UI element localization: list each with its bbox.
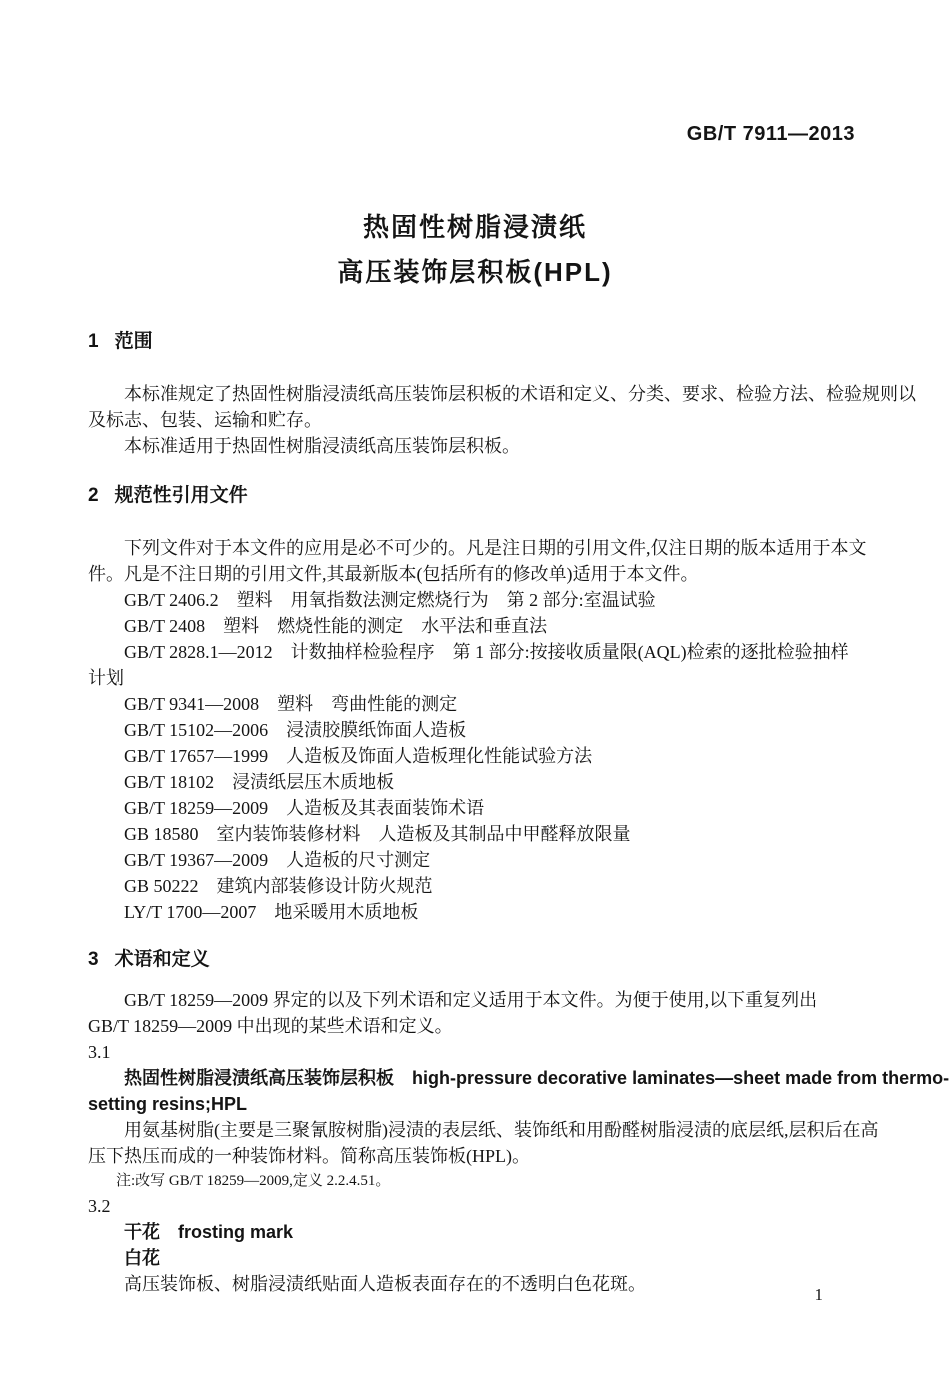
page-number: 1 bbox=[815, 1284, 824, 1306]
section1-title: 范围 bbox=[115, 331, 153, 352]
section2-heading: 2规范性引用文件 bbox=[88, 483, 868, 509]
section1-number: 1 bbox=[88, 331, 99, 352]
section2-body: 下列文件对于本文件的应用是必不可少的。凡是注日期的引用文件,仅注日期的版本适用于… bbox=[88, 535, 868, 925]
term-3-1-name-line1: 热固性树脂浸渍纸高压装饰层积板 high-pressure decorative… bbox=[88, 1065, 868, 1091]
term-3-1-number: 3.1 bbox=[88, 1039, 868, 1065]
reference-item: GB/T 19367—2009 人造板的尺寸测定 bbox=[88, 847, 868, 873]
section3-body: GB/T 18259—2009 界定的以及下列术语和定义适用于本文件。为便于使用… bbox=[88, 987, 868, 1297]
reference-item: GB/T 2406.2 塑料 用氧指数法测定燃烧行为 第 2 部分:室温试验 bbox=[88, 587, 868, 613]
term-3-1-definition-line1: 用氨基树脂(主要是三聚氰胺树脂)浸渍的表层纸、装饰纸和用酚醛树脂浸渍的底层纸,层… bbox=[88, 1117, 868, 1143]
term-3-2-number: 3.2 bbox=[88, 1193, 868, 1219]
section3-number: 3 bbox=[88, 949, 99, 970]
reference-item: LY/T 1700—2007 地采暖用木质地板 bbox=[88, 899, 868, 925]
term-3-1-definition-line2: 压下热压而成的一种装饰材料。简称高压装饰板(HPL)。 bbox=[88, 1143, 868, 1169]
terms-intro-line2: GB/T 18259—2009 中出现的某些术语和定义。 bbox=[88, 1013, 868, 1039]
reference-item: GB 18580 室内装饰装修材料 人造板及其制品中甲醛释放限量 bbox=[88, 821, 868, 847]
reference-item: GB/T 15102—2006 浸渍胶膜纸饰面人造板 bbox=[88, 717, 868, 743]
reference-item: GB/T 17657—1999 人造板及饰面人造板理化性能试验方法 bbox=[88, 743, 868, 769]
reference-item: GB/T 18102 浸渍纸层压木质地板 bbox=[88, 769, 868, 795]
section3-heading: 3术语和定义 bbox=[88, 947, 868, 973]
scope-paragraph-line2: 及标志、包装、运输和贮存。 bbox=[88, 407, 868, 433]
reference-item-continuation: 计划 bbox=[88, 665, 868, 691]
term-3-1-note: 注:改写 GB/T 18259—2009,定义 2.2.4.51。 bbox=[88, 1169, 868, 1193]
reference-item: GB/T 2828.1—2012 计数抽样检验程序 第 1 部分:按接收质量限(… bbox=[88, 639, 868, 665]
scope-paragraph-line1: 本标准规定了热固性树脂浸渍纸高压装饰层积板的术语和定义、分类、要求、检验方法、检… bbox=[88, 381, 868, 407]
document-page: GB/T 7911—2013 热固性树脂浸渍纸 高压装饰层积板(HPL) 1范围… bbox=[0, 0, 950, 1394]
section3-title: 术语和定义 bbox=[115, 949, 210, 970]
section2-number: 2 bbox=[88, 485, 99, 506]
term-3-2-synonym: 白花 bbox=[88, 1245, 868, 1271]
document-title: 热固性树脂浸渍纸 高压装饰层积板(HPL) bbox=[0, 205, 950, 295]
reference-item: GB/T 2408 塑料 燃烧性能的测定 水平法和垂直法 bbox=[88, 613, 868, 639]
document-title-line2: 高压装饰层积板(HPL) bbox=[0, 250, 950, 295]
references-intro-line1: 下列文件对于本文件的应用是必不可少的。凡是注日期的引用文件,仅注日期的版本适用于… bbox=[88, 535, 868, 561]
applicability-paragraph: 本标准适用于热固性树脂浸渍纸高压装饰层积板。 bbox=[88, 433, 868, 459]
document-body: 1范围 本标准规定了热固性树脂浸渍纸高压装饰层积板的术语和定义、分类、要求、检验… bbox=[0, 329, 950, 1297]
document-title-line1: 热固性树脂浸渍纸 bbox=[0, 205, 950, 250]
term-3-2-name: 干花 frosting mark bbox=[88, 1219, 868, 1245]
term-3-1-name-line2: setting resins;HPL bbox=[88, 1091, 868, 1117]
section1-body: 本标准规定了热固性树脂浸渍纸高压装饰层积板的术语和定义、分类、要求、检验方法、检… bbox=[88, 381, 868, 459]
references-intro-line2: 件。凡是不注日期的引用文件,其最新版本(包括所有的修改单)适用于本文件。 bbox=[88, 561, 868, 587]
section1-heading: 1范围 bbox=[88, 329, 868, 355]
standard-number: GB/T 7911—2013 bbox=[0, 0, 950, 146]
terms-intro-line1: GB/T 18259—2009 界定的以及下列术语和定义适用于本文件。为便于使用… bbox=[88, 987, 868, 1013]
term-3-2-definition: 高压装饰板、树脂浸渍纸贴面人造板表面存在的不透明白色花斑。 bbox=[88, 1271, 868, 1297]
reference-item: GB/T 18259—2009 人造板及其表面装饰术语 bbox=[88, 795, 868, 821]
section2-title: 规范性引用文件 bbox=[115, 485, 248, 506]
reference-item: GB 50222 建筑内部装修设计防火规范 bbox=[88, 873, 868, 899]
reference-item: GB/T 9341—2008 塑料 弯曲性能的测定 bbox=[88, 691, 868, 717]
